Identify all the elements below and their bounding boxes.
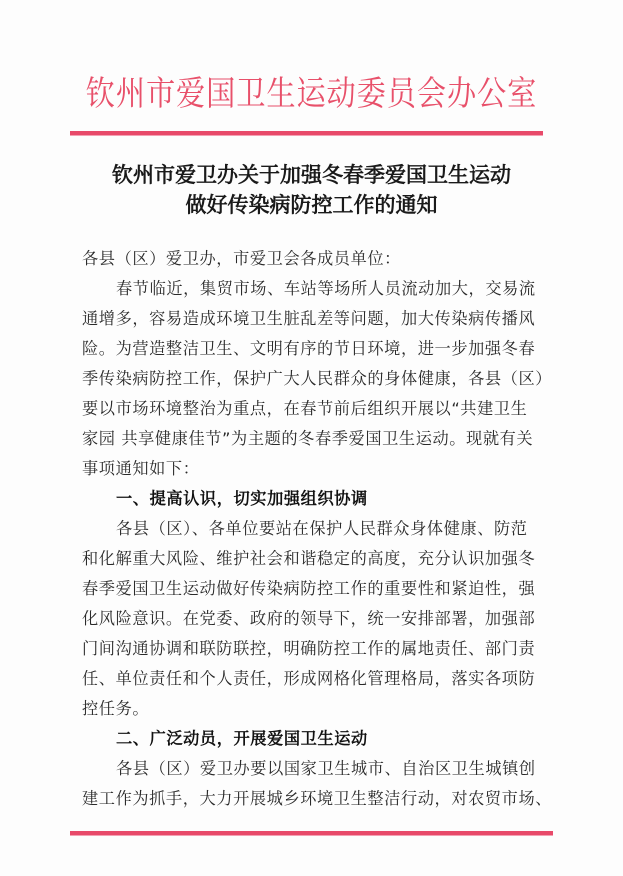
paragraph-line: 建工作为抓手，大力开展城乡环境卫生整洁行动，对农贸市场、 [82, 784, 552, 814]
paragraph-line: 险。为营造整洁卫生、文明有序的节日环境，进一步加强冬春 [82, 334, 552, 364]
paragraph-line: 通增多，容易造成环境卫生脏乱差等问题，加大传染病传播风 [82, 304, 552, 334]
paragraph-line: 春季爱国卫生运动做好传染病防控工作的重要性和紧迫性，强 [82, 574, 552, 604]
paragraph-line: 各县（区）、各单位要站在保护人民群众身体健康、防范 [82, 514, 552, 544]
salutation: 各县（区）爱卫办，市爱卫会各成员单位： [82, 244, 552, 274]
document-title-line1: 钦州市爱卫办关于加强冬春季爱国卫生运动 [0, 160, 623, 190]
paragraph-line: 门间沟通协调和联防联控，明确防控工作的属地责任、部门责 [82, 634, 552, 664]
paragraph-line: 家园 共享健康佳节”为主题的冬春季爱国卫生运动。现就有关 [82, 424, 552, 454]
section2-heading: 二、广泛动员，开展爱国卫生运动 [82, 724, 552, 754]
paragraph-line: 事项通知如下： [82, 454, 552, 484]
document-title-line2: 做好传染病防控工作的通知 [0, 190, 623, 220]
footer-red-divider [70, 831, 553, 836]
letterhead-org-name: 钦州市爱国卫生运动委员会办公室 [44, 74, 580, 114]
paragraph-line: 要以市场环境整治为重点，在春节前后组织开展以“共建卫生 [82, 394, 552, 424]
paragraph-line: 季传染病防控工作，保护广大人民群众的身体健康，各县（区） [82, 364, 552, 394]
paragraph-line: 任、单位责任和个人责任，形成网格化管理格局，落实各项防 [82, 664, 552, 694]
paragraph-line: 各县（区）爱卫办要以国家卫生城市、自治区卫生城镇创 [82, 754, 552, 784]
paragraph-line: 化风险意识。在党委、政府的领导下，统一安排部署，加强部 [82, 604, 552, 634]
paragraph-line: 和化解重大风险、维护社会和谐稳定的高度，充分认识加强冬 [82, 544, 552, 574]
letterhead-red-divider [70, 131, 543, 136]
document-body: 各县（区）爱卫办，市爱卫会各成员单位： 春节临近，集贸市场、车站等场所人员流动加… [82, 244, 552, 814]
document-page: 钦州市爱国卫生运动委员会办公室 钦州市爱卫办关于加强冬春季爱国卫生运动 做好传染… [0, 0, 623, 876]
paragraph-line: 控任务。 [82, 694, 552, 724]
section1-heading: 一、提高认识，切实加强组织协调 [82, 484, 552, 514]
paragraph-line: 春节临近，集贸市场、车站等场所人员流动加大，交易流 [82, 274, 552, 304]
